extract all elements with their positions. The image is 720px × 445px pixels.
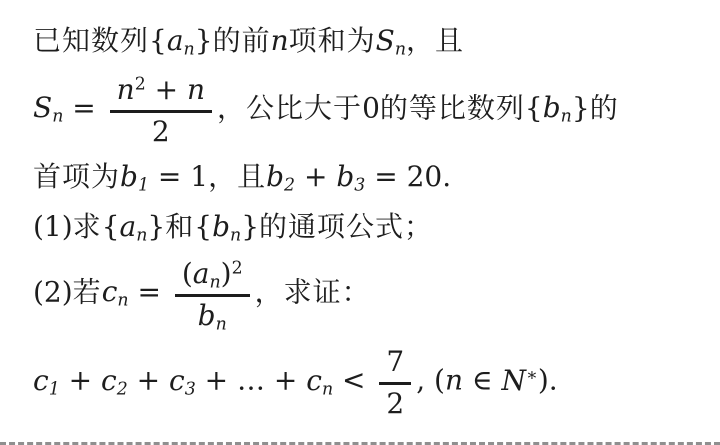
problem-line-3: 首项为b1 = 1，且b2 + b3 = 20. xyxy=(33,158,705,196)
problem-line-2: Sn = n2 + n2，公比大于0的等比数列{bn}的 xyxy=(33,72,705,148)
math-text: } xyxy=(572,91,590,124)
superscript: 2 xyxy=(135,74,146,94)
math-text: (1) xyxy=(33,210,73,243)
fraction: 72 xyxy=(379,344,411,420)
math-text: an xyxy=(167,24,195,57)
math-text: bn xyxy=(543,91,572,124)
cjk-text: 求 xyxy=(73,211,102,242)
math-text: = 1 xyxy=(149,160,208,193)
math-text: n xyxy=(445,364,463,397)
math-text: { xyxy=(149,24,167,57)
subscript: n xyxy=(136,225,147,245)
fraction-denominator: 2 xyxy=(379,385,411,420)
subscript: n xyxy=(117,291,128,311)
subscript: 3 xyxy=(185,379,196,399)
problem-line-4: (1)求{an}和{bn}的通项公式； xyxy=(33,208,705,246)
math-text: b2 xyxy=(266,160,295,193)
cjk-text: 的前 xyxy=(213,25,271,56)
subscript: n xyxy=(209,272,220,292)
cjk-text: 的 xyxy=(590,92,619,123)
cjk-text: 的通项公式； xyxy=(259,211,433,242)
cjk-text: 已知数列 xyxy=(33,25,149,56)
math-text: an xyxy=(193,257,221,290)
cjk-text: 项和为 xyxy=(289,25,376,56)
cjk-text: 的等比数列 xyxy=(380,92,525,123)
subscript: n xyxy=(395,39,406,59)
superscript: 2 xyxy=(232,258,243,278)
math-text: n xyxy=(187,73,205,106)
subscript: n xyxy=(561,107,572,127)
math-text: cn xyxy=(102,275,129,308)
cjk-text: ，且 xyxy=(208,161,266,192)
subscript: n xyxy=(322,379,333,399)
math-text: } xyxy=(241,210,259,243)
cjk-text: 若 xyxy=(73,276,102,307)
math-text: b1 xyxy=(120,160,149,193)
math-text: Sn xyxy=(33,91,63,124)
math-text: + xyxy=(146,73,187,106)
math-text: { xyxy=(194,210,212,243)
fraction-numerator: 7 xyxy=(379,344,411,385)
problem-line-6: c1 + c2 + c3 + … + cn < 72, (n ∈ N∗). xyxy=(33,344,705,420)
math-text: Sn xyxy=(376,24,406,57)
math-problem: 已知数列{an}的前n项和为Sn，且 Sn = n2 + n2，公比大于0的等比… xyxy=(33,20,705,421)
math-text: cn xyxy=(306,364,333,397)
math-text: 2 xyxy=(386,387,404,420)
cjk-text: ，求证： xyxy=(255,276,371,307)
subscript: n xyxy=(216,314,227,334)
math-text: 7 xyxy=(386,345,404,378)
math-text: ). xyxy=(538,364,558,397)
math-text: + xyxy=(128,364,169,397)
math-text: < xyxy=(333,364,374,397)
math-text: { xyxy=(102,210,120,243)
fraction-denominator: 2 xyxy=(145,113,177,148)
math-text: ∈ xyxy=(463,364,502,397)
math-text: N∗ xyxy=(502,364,538,397)
math-text: = 20. xyxy=(365,160,451,193)
subscript: 2 xyxy=(117,379,128,399)
fraction-denominator: bn xyxy=(191,297,234,332)
math-text: ( xyxy=(182,257,193,290)
math-text: c2 xyxy=(101,364,128,397)
math-text: + xyxy=(295,160,336,193)
cjk-text: ，且 xyxy=(406,25,464,56)
problem-line-5: (2)若cn = (an)2bn，求证： xyxy=(33,256,705,332)
fraction: n2 + n2 xyxy=(110,72,212,148)
math-text: b3 xyxy=(336,160,365,193)
subscript: 1 xyxy=(138,176,149,196)
subscript: 1 xyxy=(49,379,60,399)
math-text: + … + xyxy=(196,364,307,397)
cjk-text: 和 xyxy=(165,211,194,242)
subscript: 2 xyxy=(284,176,295,196)
math-text: n xyxy=(271,24,289,57)
math-text: 2 xyxy=(152,115,170,148)
cjk-text: ，公比大于 xyxy=(217,92,362,123)
page: 已知数列{an}的前n项和为Sn，且 Sn = n2 + n2，公比大于0的等比… xyxy=(0,0,720,445)
math-text: c1 xyxy=(33,364,60,397)
cjk-text: 首项为 xyxy=(33,161,120,192)
math-text: c3 xyxy=(169,364,196,397)
math-text: = xyxy=(129,275,170,308)
fraction-numerator: n2 + n xyxy=(110,72,212,113)
math-text: an xyxy=(120,210,148,243)
subscript: 3 xyxy=(354,176,365,196)
math-text: } xyxy=(195,24,213,57)
math-text: { xyxy=(525,91,543,124)
math-text: } xyxy=(147,210,165,243)
math-text: 0 xyxy=(362,91,380,124)
problem-line-1: 已知数列{an}的前n项和为Sn，且 xyxy=(33,22,705,60)
fraction-numerator: (an)2 xyxy=(175,256,250,297)
superscript: ∗ xyxy=(526,365,538,385)
math-text: )2 xyxy=(221,257,243,290)
subscript: n xyxy=(184,39,195,59)
math-text: (2) xyxy=(33,275,73,308)
math-text: = xyxy=(63,91,104,124)
subscript: n xyxy=(52,107,63,127)
math-text: + xyxy=(60,364,101,397)
math-text: n2 xyxy=(117,73,146,106)
math-text: bn xyxy=(198,299,227,332)
subscript: n xyxy=(230,225,241,245)
math-text: , ( xyxy=(416,364,445,397)
fraction: (an)2bn xyxy=(175,256,250,332)
math-text: bn xyxy=(212,210,241,243)
